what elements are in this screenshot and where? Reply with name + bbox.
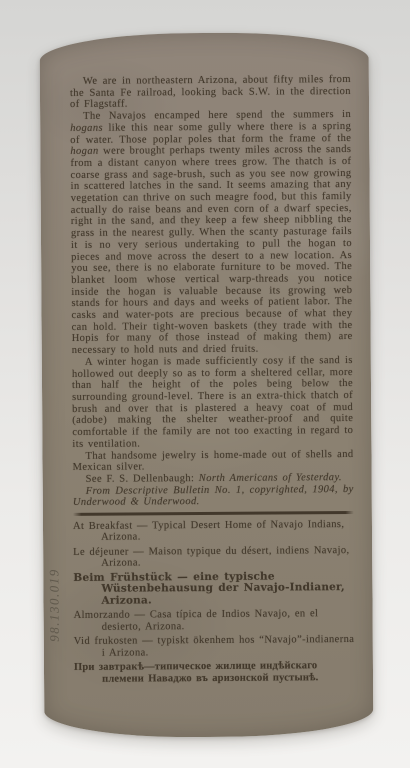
divider-rule [73, 511, 354, 516]
caption-fr: Le déjeuner — Maison typique du désert, … [73, 545, 354, 570]
paragraph: We are in northeastern Arizona, about fi… [70, 74, 351, 111]
body-text: We are in northeastern Arizona, about fi… [70, 74, 351, 110]
multilingual-captions: At Breakfast — Typical Desert Home of Na… [73, 519, 355, 686]
italic-text: hogan [70, 146, 98, 157]
body-text: were brought perhaps twenty miles across… [70, 144, 352, 356]
caption-sv: Vid frukosten — typiskt ökenhem hos “Nav… [74, 634, 355, 659]
italic-text: From Descriptive Bulletin No. 1, copyrig… [73, 484, 354, 509]
body-text: A winter hogan is made sufficiently cosy… [72, 355, 353, 450]
paragraph: That handsome jewelry is home-made out o… [72, 448, 353, 473]
accession-number-handwritten: 98.130.019 [46, 544, 63, 666]
paragraph: From Descriptive Bulletin No. 1, copyrig… [73, 484, 354, 509]
card-text-block: We are in northeastern Arizona, about fi… [70, 74, 355, 688]
paragraph: A winter hogan is made sufficiently cosy… [72, 355, 354, 451]
caption-en: At Breakfast — Typical Desert Home of Na… [73, 519, 354, 544]
body-text: like this near some gully where there is… [70, 121, 351, 146]
caption-de: Beim Frühstück — eine typische Wüstenbeh… [73, 571, 354, 608]
body-text: That handsome jewelry is home-made out o… [73, 448, 354, 473]
italic-text: North Americans of Yesterday. [199, 472, 342, 484]
caption-es: Almorzando — Casa típica de Indios Navaj… [74, 608, 355, 633]
description-paragraphs: We are in northeastern Arizona, about fi… [70, 74, 354, 509]
body-text: The Navajos encamped here spend the summ… [83, 109, 351, 122]
stereograph-card-back: 98.130.019 We are in northeastern Arizon… [40, 32, 374, 738]
paragraph: The Navajos encamped here spend the summ… [70, 109, 353, 357]
photo-background: 98.130.019 We are in northeastern Arizon… [0, 0, 410, 768]
caption-ru: При завтракѣ—типическое жилище индѣйскаг… [74, 660, 355, 685]
body-text: See F. S. Dellenbaugh: [86, 473, 199, 485]
italic-text: hogans [70, 123, 103, 134]
